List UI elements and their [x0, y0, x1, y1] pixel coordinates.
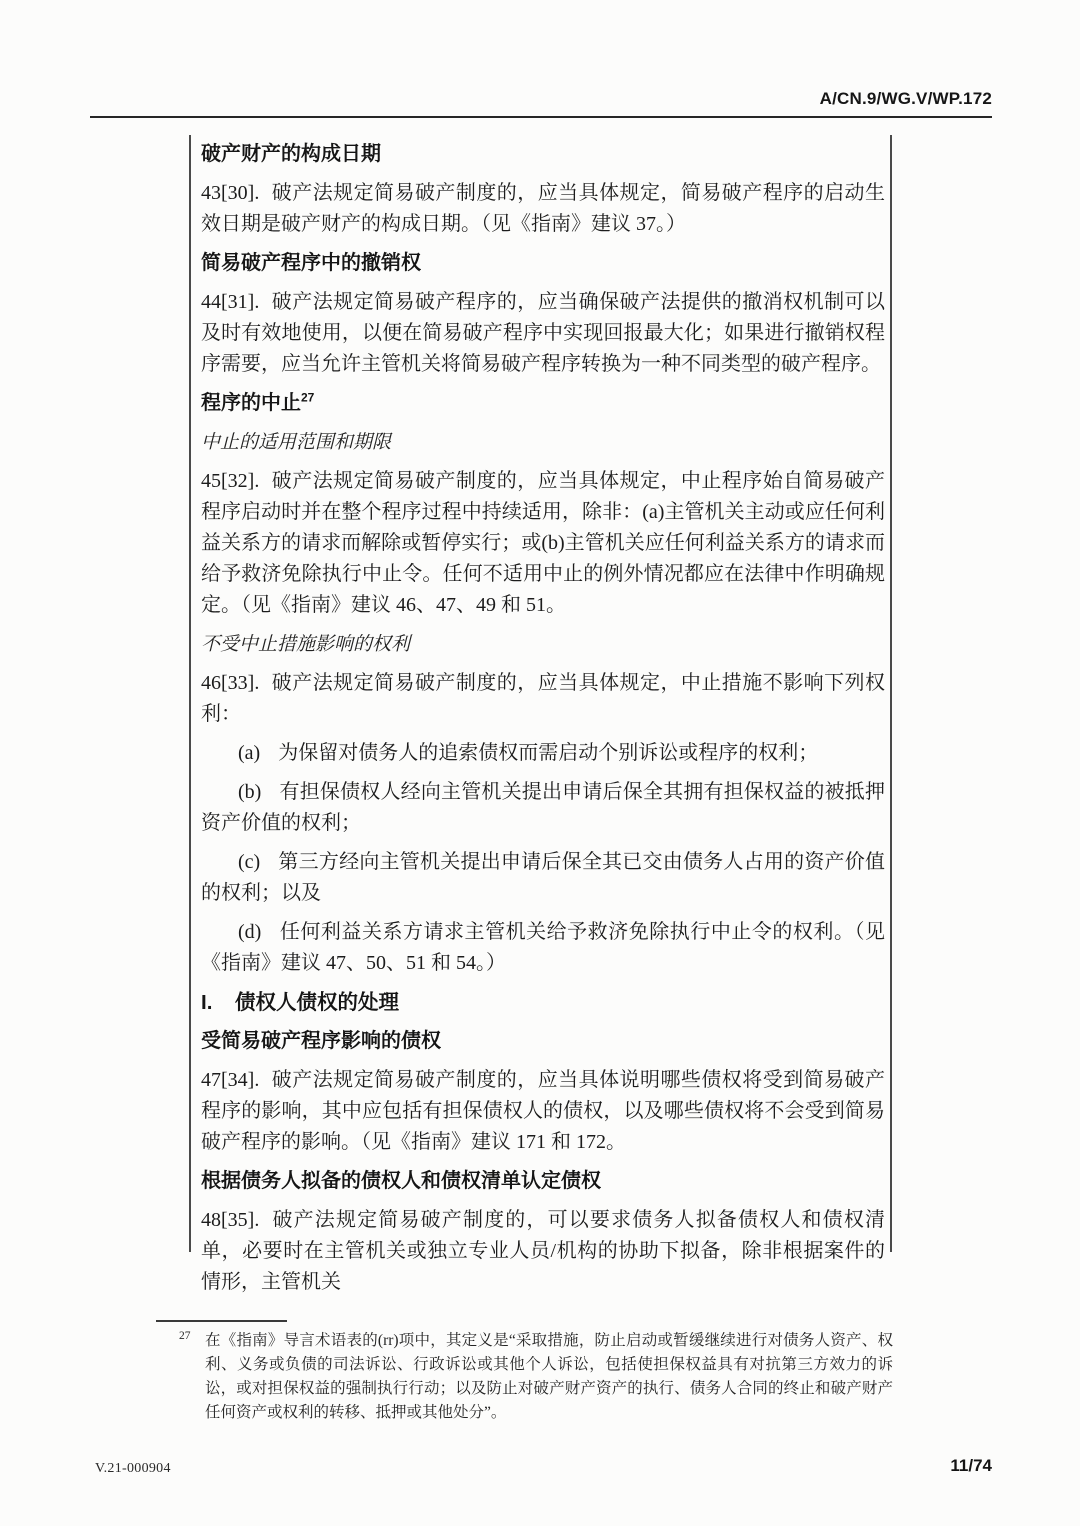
list-item-c: (c)第三方经向主管机关提出申请后保全其已交由债务人占用的资产价值的权利；以及	[201, 847, 885, 909]
paragraph-number: 46[33].	[201, 672, 259, 694]
paragraph-45-32: 45[32].破产法规定简易破产制度的，应当具体规定，中止程序始自简易破产程序启…	[201, 466, 885, 621]
list-item-a: (a)为保留对债务人的追索债权而需启动个别诉讼或程序的权利；	[201, 738, 885, 769]
list-marker: (a)	[238, 742, 260, 764]
list-item-b: (b)有担保债权人经向主管机关提出申请后保全其拥有担保权益的被抵押资产价值的权利…	[201, 777, 885, 839]
doc-symbol: A/CN.9/WG.V/WP.172	[820, 89, 992, 109]
footer-doc-number: V.21-000904	[95, 1461, 171, 1477]
paragraph-number: 43[30].	[201, 182, 259, 204]
section-title: 债权人债权的处理	[235, 991, 399, 1014]
paragraph-text: 破产法规定简易破产制度的，应当具体规定，简易破产程序的启动生效日期是破产财产的构…	[201, 182, 885, 235]
paragraph-48-35: 48[35].破产法规定简易破产制度的，可以要求债务人拟备债权人和债权清单，必要…	[201, 1205, 885, 1298]
paragraph-text: 破产法规定简易破产制度的，应当具体规定，中止程序始自简易破产程序启动时并在整个程…	[201, 470, 885, 616]
paragraph-number: 48[35].	[201, 1209, 259, 1231]
paragraph-number: 44[31].	[201, 291, 259, 313]
paragraph-43-30: 43[30].破产法规定简易破产制度的，应当具体规定，简易破产程序的启动生效日期…	[201, 178, 885, 240]
paragraph-text: 破产法规定简易破产制度的，可以要求债务人拟备债权人和债权清单，必要时在主管机关或…	[201, 1209, 885, 1293]
footnote-marker: 27	[179, 1330, 191, 1342]
heading-claims-determined-from-debtor-list: 根据债务人拟备的债权人和债权清单认定债权	[201, 1166, 885, 1197]
list-item-text: 有担保债权人经向主管机关提出申请后保全其拥有担保权益的被抵押资产价值的权利；	[201, 781, 885, 834]
paragraph-text: 破产法规定简易破产制度的，应当具体说明哪些债权将受到简易破产程序的影响，其中应包…	[201, 1069, 885, 1153]
content-box-left-border	[189, 135, 191, 1252]
paragraph-46-33: 46[33].破产法规定简易破产制度的，应当具体规定，中止措施不影响下列权利：	[201, 668, 885, 730]
list-item-text: 第三方经向主管机关提出申请后保全其已交由债务人占用的资产价值的权利；以及	[201, 851, 885, 904]
page-number: 11/74	[950, 1456, 992, 1476]
heading-claims-affected-by-simplified-proceedings: 受简易破产程序影响的债权	[201, 1026, 885, 1057]
document-body: 破产财产的构成日期 43[30].破产法规定简易破产制度的，应当具体规定，简易破…	[201, 139, 885, 1306]
section-heading-treatment-of-creditor-claims: I.债权人债权的处理	[201, 987, 885, 1018]
header-rule	[90, 116, 992, 118]
list-item-text: 任何利益关系方请求主管机关给予救济免除执行中止令的权利。（见《指南》建议 47、…	[201, 921, 885, 974]
subheading-scope-and-duration-of-stay: 中止的适用范围和期限	[201, 427, 885, 458]
list-marker: (b)	[238, 781, 261, 803]
footnote-separator	[156, 1320, 287, 1322]
list-item-text: 为保留对债务人的追索债权而需启动个别诉讼或程序的权利；	[278, 742, 818, 764]
footnote-ref-27: 27	[301, 390, 314, 404]
footnote-27-text: 在《指南》导言术语表的(rr)项中，其定义是“采取措施，防止启动或暂缓继续进行对…	[205, 1329, 893, 1425]
paragraph-number: 45[32].	[201, 470, 259, 492]
paragraph-text: 破产法规定简易破产制度的，应当具体规定，中止措施不影响下列权利：	[201, 672, 885, 725]
heading-text: 程序的中止	[201, 392, 301, 414]
list-marker: (d)	[238, 921, 261, 943]
paragraph-47-34: 47[34].破产法规定简易破产制度的，应当具体说明哪些债权将受到简易破产程序的…	[201, 1065, 885, 1158]
section-number: I.	[201, 987, 235, 1018]
heading-avoidance-in-simplified-proceedings: 简易破产程序中的撤销权	[201, 248, 885, 279]
content-box-right-border	[890, 135, 892, 1252]
list-item-d: (d)任何利益关系方请求主管机关给予救济免除执行中止令的权利。（见《指南》建议 …	[201, 917, 885, 979]
heading-stay-of-proceedings: 程序的中止27	[201, 388, 885, 419]
paragraph-44-31: 44[31].破产法规定简易破产程序的，应当确保破产法提供的撤消权机制可以及时有…	[201, 287, 885, 380]
paragraph-text: 破产法规定简易破产程序的，应当确保破产法提供的撤消权机制可以及时有效地使用，以便…	[201, 291, 885, 375]
list-marker: (c)	[238, 851, 260, 873]
paragraph-number: 47[34].	[201, 1069, 259, 1091]
heading-estate-composition-date: 破产财产的构成日期	[201, 139, 885, 170]
subheading-rights-unaffected-by-stay: 不受中止措施影响的权利	[201, 629, 885, 660]
